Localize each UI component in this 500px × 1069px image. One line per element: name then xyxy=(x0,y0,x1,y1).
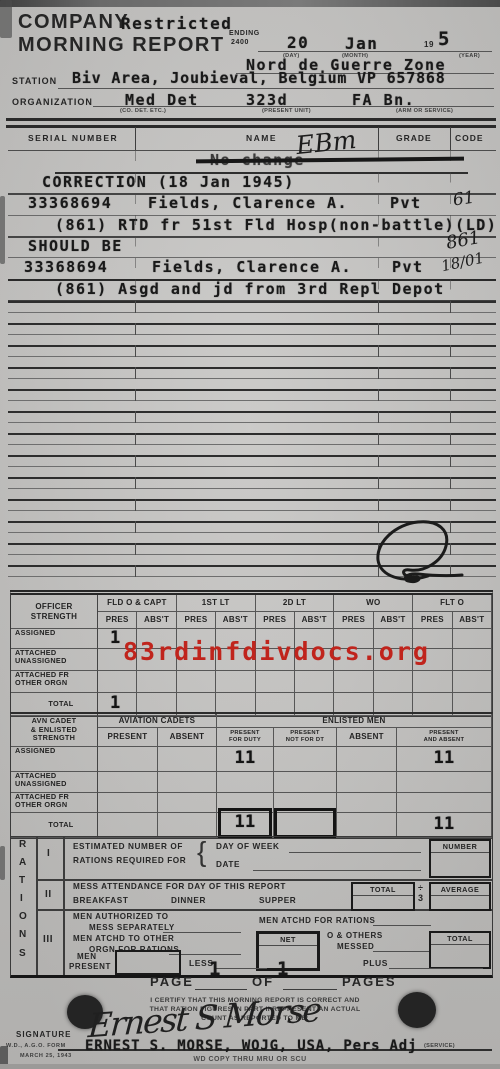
enlisted-present-and-absent-header: PRESENTAND ABSENT xyxy=(397,728,492,747)
cell xyxy=(98,793,158,813)
cell xyxy=(98,813,158,838)
cell xyxy=(337,793,397,813)
cell xyxy=(137,671,176,693)
abst-header: ABS'T xyxy=(295,612,334,629)
ending-time: 2400 xyxy=(231,39,249,46)
avn-cadet-enlisted-table: AVN CADET & ENLISTED STRENGTH AVIATION C… xyxy=(10,712,493,839)
clerk-initials-handwritten: EBm xyxy=(295,125,358,160)
entry2-remark: (861) Asgd and jd from 3rd Repl Depot xyxy=(55,280,445,298)
cadets-absent-header: ABSENT xyxy=(158,728,217,747)
rations-letter: O xyxy=(19,912,27,923)
distribution-line: WD COPY THRU MRU OR SCU xyxy=(140,1056,360,1063)
rule xyxy=(63,837,65,975)
men-authorized-line1: MEN AUTHORIZED TO xyxy=(73,913,169,921)
pres-header: PRES xyxy=(177,612,216,629)
mess-attendance-header: MESS ATTENDANCE FOR DAY OF THIS REPORT xyxy=(73,883,286,892)
cadets-present-header: PRESENT xyxy=(98,728,158,747)
form-title-morning-report: MORNING REPORT xyxy=(18,35,225,56)
rule xyxy=(253,870,421,871)
ending-label: ENDING xyxy=(229,30,260,37)
avn-total-present-and-absent: 11 xyxy=(397,813,492,838)
organization-label: ORGANIZATION xyxy=(12,98,93,107)
entry1-name: Fields, Clarence A. xyxy=(148,194,348,212)
cell xyxy=(158,747,217,772)
cell xyxy=(453,671,492,693)
service-sublabel: (SERVICE) xyxy=(424,1044,455,1050)
officer-group-2d-lt: 2D LT xyxy=(256,595,335,612)
rations-section: R A T I O N S I II III ESTIMATED NUMBER … xyxy=(10,836,493,978)
rule xyxy=(373,925,431,926)
rule xyxy=(378,151,379,301)
officer-group-fld-capt: FLD O & CAPT xyxy=(98,595,177,612)
mess-total-box: TOTAL xyxy=(351,882,415,911)
scan-edge-left-2 xyxy=(0,846,5,880)
others-messed-line2: MESSED xyxy=(337,943,374,951)
pres-header: PRES xyxy=(413,612,452,629)
cell xyxy=(98,772,158,793)
group-aviation-cadets: AVIATION CADETS xyxy=(98,714,217,728)
typed-page-number: 1 xyxy=(209,958,222,980)
men-atchd-other-line1: MEN ATCHD TO OTHER xyxy=(73,935,174,943)
men-authorized-line2: MESS SEPARATELY xyxy=(89,924,175,932)
cell xyxy=(177,671,216,693)
rule xyxy=(37,879,492,881)
officer-row-attached-fr-label: ATTACHED FROTHER ORGN xyxy=(11,671,98,693)
year-printed: 19 xyxy=(424,41,434,49)
scan-edge-bottom xyxy=(0,1064,500,1069)
station-underline xyxy=(58,88,494,89)
rations-letter: I xyxy=(20,894,23,905)
scan-corner-top-left xyxy=(0,0,12,38)
abst-header: ABS'T xyxy=(216,612,255,629)
form-title-company: COMPANY xyxy=(18,12,129,33)
abst-header: ABS'T xyxy=(453,612,492,629)
rule xyxy=(450,151,451,301)
organization-underline xyxy=(93,106,494,107)
roster-col-grade: GRADE xyxy=(396,134,432,143)
org-parent-sublabel: (PRESENT UNIT) xyxy=(262,109,311,115)
enlisted-present-for-duty-header: PRESENTFOR DUTY xyxy=(217,728,274,747)
entry1-serial: 33368694 xyxy=(28,194,112,212)
abst-header: ABS'T xyxy=(374,612,413,629)
enlisted-present-not-for-duty-header: PRESENTNOT FOR DT xyxy=(274,728,337,747)
rule xyxy=(135,301,136,587)
part-i-numeral: I xyxy=(47,849,50,860)
number-box: NUMBER xyxy=(429,839,491,878)
rule xyxy=(135,151,136,301)
rations-letter: A xyxy=(19,858,27,869)
double-rule-2 xyxy=(6,125,496,128)
rule xyxy=(373,951,431,952)
date-year-value: 5 xyxy=(438,28,451,50)
supper-label: SUPPER xyxy=(259,897,296,906)
roster-col-code: CODE xyxy=(455,134,484,143)
avn-row-assigned-label: ASSIGNED xyxy=(11,747,98,772)
handwritten-loop-mark xyxy=(366,518,474,586)
part-ii-numeral: II xyxy=(45,890,52,901)
roster-col-name: NAME xyxy=(246,134,277,143)
cell xyxy=(337,813,397,838)
part-iii-numeral: III xyxy=(43,935,53,946)
breakfast-label: BREAKFAST xyxy=(73,897,128,906)
rule xyxy=(195,989,247,990)
day-of-week-label: DAY OF WEEK xyxy=(216,843,279,852)
should-be-entry: SHOULD BE xyxy=(28,237,123,255)
officer-row-assigned-label: ASSIGNED xyxy=(11,629,98,649)
men-present-line2: PRESENT xyxy=(69,963,111,971)
station-label: STATION xyxy=(12,77,57,86)
cell xyxy=(453,649,492,671)
officer-group-wo: WO xyxy=(334,595,413,612)
pres-header: PRES xyxy=(98,612,137,629)
rations-letter: R xyxy=(19,840,27,851)
officer-group-flt-o: FLT O xyxy=(413,595,492,612)
org-branch-sublabel: (ARM OR SERVICE) xyxy=(396,109,453,115)
cell xyxy=(295,671,334,693)
pres-header: PRES xyxy=(334,612,373,629)
avn-assigned-present-for-duty: 11 xyxy=(217,747,274,772)
avn-row-total-label: TOTAL xyxy=(11,813,98,838)
page-label: PAGE xyxy=(150,975,194,989)
avn-row-attached-unassigned-label: ATTACHEDUNASSIGNED xyxy=(11,772,98,793)
of-label: OF xyxy=(252,975,274,989)
cell xyxy=(397,772,492,793)
avn-assigned-present-and-absent: 11 xyxy=(397,747,492,772)
divisor-3: 3 xyxy=(418,894,424,903)
year-sublabel: (YEAR) xyxy=(459,54,480,60)
cell xyxy=(337,747,397,772)
rule xyxy=(378,127,379,151)
watermark: 83rdinfdivdocs.org xyxy=(123,637,430,666)
org-unit-sublabel: (CO. DET. ETC.) xyxy=(120,109,166,115)
entry1-remark: (861) RTD fr 51st Fld Hosp(non-battle)(L… xyxy=(55,216,497,234)
scan-edge-left-1 xyxy=(0,196,5,264)
cell xyxy=(217,772,274,793)
rations-est-line2: RATIONS REQUIRED FOR xyxy=(73,857,186,866)
men-present-line1: MEN xyxy=(77,953,97,961)
cell xyxy=(337,772,397,793)
men-atchd-for-rations-label: MEN ATCHD FOR RATIONS xyxy=(259,917,375,925)
rule xyxy=(450,127,451,151)
group-enlisted-men: ENLISTED MEN xyxy=(217,714,492,728)
date-field-label: DATE xyxy=(216,861,240,870)
rule xyxy=(389,968,483,969)
cell xyxy=(216,671,255,693)
form-number-line1: W.D., A.G.O. FORM xyxy=(6,1044,66,1050)
rations-letter: S xyxy=(19,949,26,960)
enlisted-absent-header: ABSENT xyxy=(337,728,397,747)
cell xyxy=(453,629,492,649)
cell xyxy=(158,772,217,793)
cell xyxy=(98,747,158,772)
others-messed-line1: O & OTHERS xyxy=(327,932,383,940)
entry2-grade: Pvt xyxy=(392,258,424,276)
officer-strength-title: OFFICER STRENGTH xyxy=(11,595,98,629)
form-number-line2: MARCH 25, 1943 xyxy=(20,1054,72,1060)
rule xyxy=(215,968,267,969)
abst-header: ABS'T xyxy=(137,612,176,629)
drawn-emphasis-box: 11 xyxy=(218,808,272,838)
correction-entry: CORRECTION (18 Jan 1945) xyxy=(42,173,295,191)
cell xyxy=(274,772,337,793)
pages-label: PAGES xyxy=(342,975,397,989)
average-box: AVERAGE xyxy=(429,882,491,911)
officer-group-1st-lt: 1ST LT xyxy=(177,595,256,612)
drawn-emphasis-box-empty xyxy=(274,808,336,838)
entry1-code-handwritten: 61 xyxy=(452,188,476,211)
brace-glyph: { xyxy=(197,837,207,866)
dinner-label: DINNER xyxy=(171,897,206,906)
officer-row-attached-unassigned-label: ATTACHEDUNASSIGNED xyxy=(11,649,98,671)
entry1-grade: Pvt xyxy=(390,194,422,212)
avn-row-attached-fr-label: ATTACHED FROTHER ORGN xyxy=(11,793,98,813)
typed-total-pages: 1 xyxy=(277,958,290,980)
station-value: Biv Area, Joubieval, Belgium VP 657868 xyxy=(72,69,446,87)
cell xyxy=(413,671,452,693)
cell xyxy=(334,671,373,693)
avn-total-present-for-duty: 11 xyxy=(217,813,274,838)
cell xyxy=(274,747,337,772)
rations-est-line1: ESTIMATED NUMBER OF xyxy=(73,843,183,852)
punch-hole-right xyxy=(398,992,436,1028)
entry2-serial: 33368694 xyxy=(24,258,108,276)
scan-edge-top xyxy=(0,0,500,7)
cell xyxy=(158,793,217,813)
plus-label: PLUS xyxy=(363,959,388,968)
avn-strength-title: AVN CADET & ENLISTED STRENGTH xyxy=(11,714,98,747)
rule xyxy=(163,932,241,933)
cell xyxy=(374,671,413,693)
cell xyxy=(98,671,137,693)
rations-letter: N xyxy=(19,930,27,941)
pres-header: PRES xyxy=(256,612,295,629)
classification-stamp: Restricted xyxy=(121,14,232,33)
date-day-value: 20 xyxy=(287,33,309,52)
rule xyxy=(37,909,492,911)
rule xyxy=(135,127,136,151)
entry2-name: Fields, Clarence A. xyxy=(152,258,352,276)
signature-label: SIGNATURE xyxy=(16,1031,72,1039)
men-present-box xyxy=(115,950,181,975)
cell xyxy=(158,813,217,838)
rule xyxy=(36,837,38,975)
date-month-value: Jan xyxy=(345,34,378,53)
morning-report-document: COMPANY Restricted MORNING REPORT ENDING… xyxy=(0,0,500,1069)
double-rule-1 xyxy=(6,118,496,121)
rations-letter: T xyxy=(19,876,26,887)
roster-col-serial: SERIAL NUMBER xyxy=(28,134,118,143)
cell xyxy=(397,793,492,813)
cell xyxy=(256,671,295,693)
avn-total-present-not-for-duty xyxy=(274,813,337,838)
entry2-code-handwritten: 18/01 xyxy=(440,249,486,276)
rule xyxy=(289,852,421,853)
rations-total-box: TOTAL xyxy=(429,931,491,969)
